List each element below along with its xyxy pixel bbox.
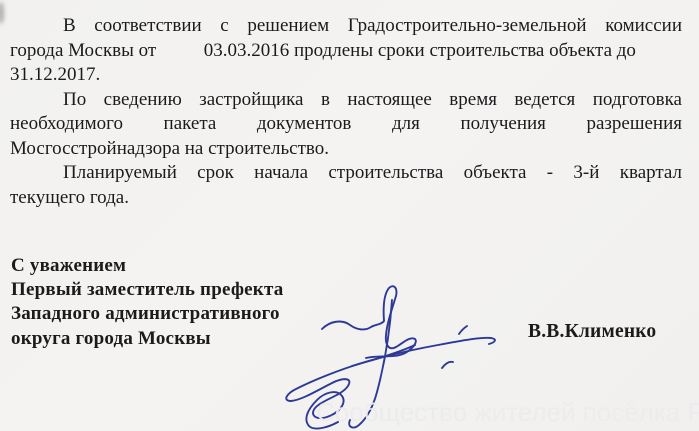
body-line: В соответствии с решением Градостроитель… — [10, 14, 682, 39]
watermark-text: Сообщество жителей посёлка Рублёво — [316, 397, 699, 427]
body-line: текущего года. — [10, 186, 682, 211]
body-line: города Москвы от 03.03.2016 продлены сро… — [10, 39, 682, 64]
body-line: По сведению застройщика в настоящее врем… — [10, 88, 682, 113]
body-line: 31.12.2017. — [10, 63, 682, 88]
body-line: Мосгосстройнадзора на строительство. — [10, 137, 682, 162]
scanned-letter-page: В соответствии с решением Градостроитель… — [0, 0, 699, 431]
closing-title-line: Западного административного — [11, 302, 283, 326]
closing-title-line: округа города Москвы — [11, 327, 283, 351]
signer-name: В.В.Клименко — [528, 321, 656, 343]
letter-body: В соответствии с решением Градостроитель… — [10, 14, 682, 210]
scan-edge-artifact — [0, 2, 4, 24]
closing-block: С уважением Первый заместитель префекта … — [11, 254, 283, 351]
body-line: необходимого пакета документов для получ… — [10, 112, 682, 137]
closing-title-line: Первый заместитель префекта — [11, 278, 283, 302]
closing-regards: С уважением — [11, 254, 283, 278]
body-line: Планируемый срок начала строительства об… — [10, 161, 682, 186]
